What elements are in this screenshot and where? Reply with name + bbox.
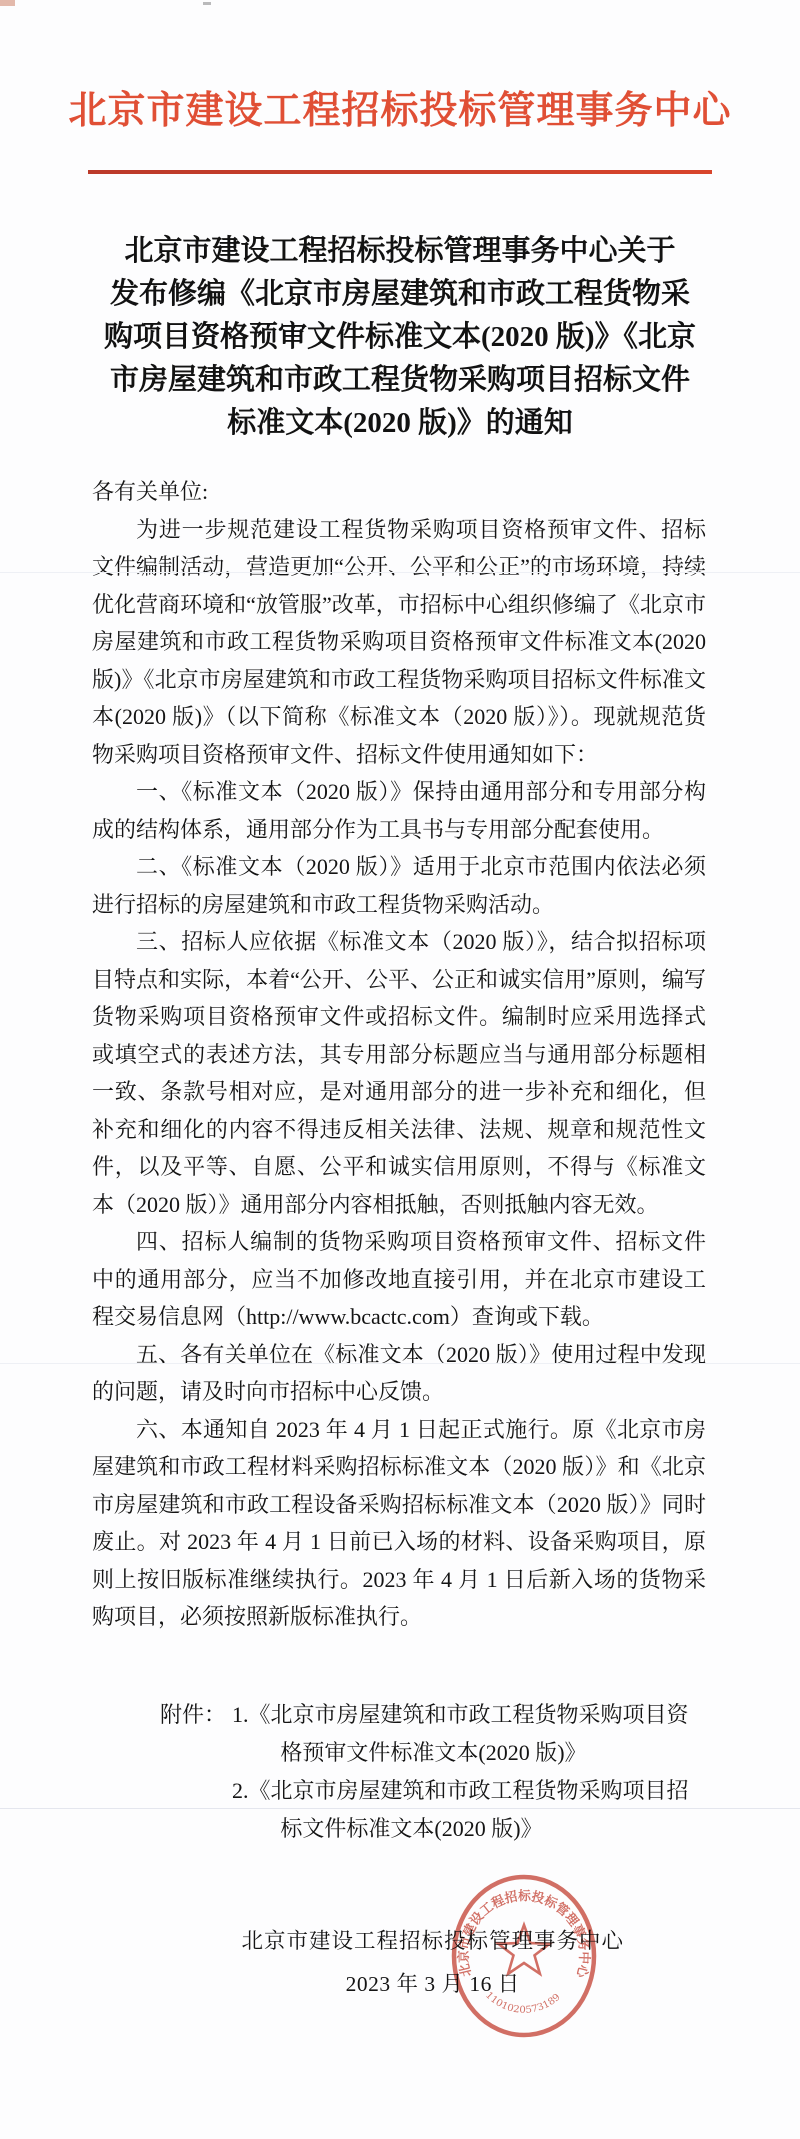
scan-artifact-line — [0, 1808, 800, 1809]
body-paragraph: 六、本通知自 2023 年 4 月 1 日起正式施行。原《北京市房屋建筑和市政工… — [92, 1411, 706, 1636]
document-title: 北京市建设工程招标投标管理事务中心关于 发布修编《北京市房屋建筑和市政工程货物采… — [0, 230, 800, 445]
letterhead-org-name: 北京市建设工程招标投标管理事务中心 — [40, 88, 760, 134]
document-page: 北京市建设工程招标投标管理事务中心 北京市建设工程招标投标管理事务中心关于 发布… — [0, 0, 800, 2139]
attachment-item: 2.《北京市房屋建筑和市政工程货物采购项目招标文件标准文本(2020 版)》 — [232, 1772, 706, 1848]
salutation: 各有关单位: — [92, 473, 706, 511]
scan-artifact-line — [0, 1363, 800, 1364]
letterhead-divider — [88, 170, 712, 174]
body-paragraph: 四、招标人编制的货物采购项目资格预审文件、招标文件中的通用部分，应当不加修改地直… — [92, 1223, 706, 1336]
attachment-item: 1.《北京市房屋建筑和市政工程货物采购项目资格预审文件标准文本(2020 版)》 — [232, 1696, 706, 1772]
body-paragraph: 一、《标准文本（2020 版）》保持由通用部分和专用部分构成的结构体系，通用部分… — [92, 773, 706, 848]
scan-artifact-dash — [203, 2, 211, 5]
scan-artifact-line — [0, 572, 800, 573]
attachments-block: 附件： 1.《北京市房屋建筑和市政工程货物采购项目资格预审文件标准文本(2020… — [160, 1696, 706, 1848]
signature-org: 北京市建设工程招标投标管理事务中心 — [241, 1928, 624, 1955]
attachments-list: 1.《北京市房屋建筑和市政工程货物采购项目资格预审文件标准文本(2020 版)》… — [232, 1696, 706, 1848]
signature-date: 2023 年 3 月 16 日 — [241, 1971, 624, 1998]
body-paragraph: 为进一步规范建设工程货物采购项目资格预审文件、招标文件编制活动，营造更加“公开、… — [92, 511, 706, 774]
body-paragraph: 三、招标人应依据《标准文本（2020 版）》，结合拟招标项目特点和实际，本着“公… — [92, 923, 706, 1223]
body-paragraphs: 为进一步规范建设工程货物采购项目资格预审文件、招标文件编制活动，营造更加“公开、… — [92, 511, 706, 1636]
letterhead: 北京市建设工程招标投标管理事务中心 — [0, 88, 800, 174]
scan-artifact-corner — [0, 0, 15, 6]
body-paragraph: 二、《标准文本（2020 版）》适用于北京市范围内依法必须进行招标的房屋建筑和市… — [92, 848, 706, 923]
signature-block: 北京市建设工程招标投标管理事务中心 2023 年 3 月 16 日 — [241, 1928, 624, 1998]
body-paragraph: 五、各有关单位在《标准文本（2020 版）》使用过程中发现的问题，请及时向市招标… — [92, 1336, 706, 1411]
attachments-label: 附件： — [160, 1696, 232, 1848]
